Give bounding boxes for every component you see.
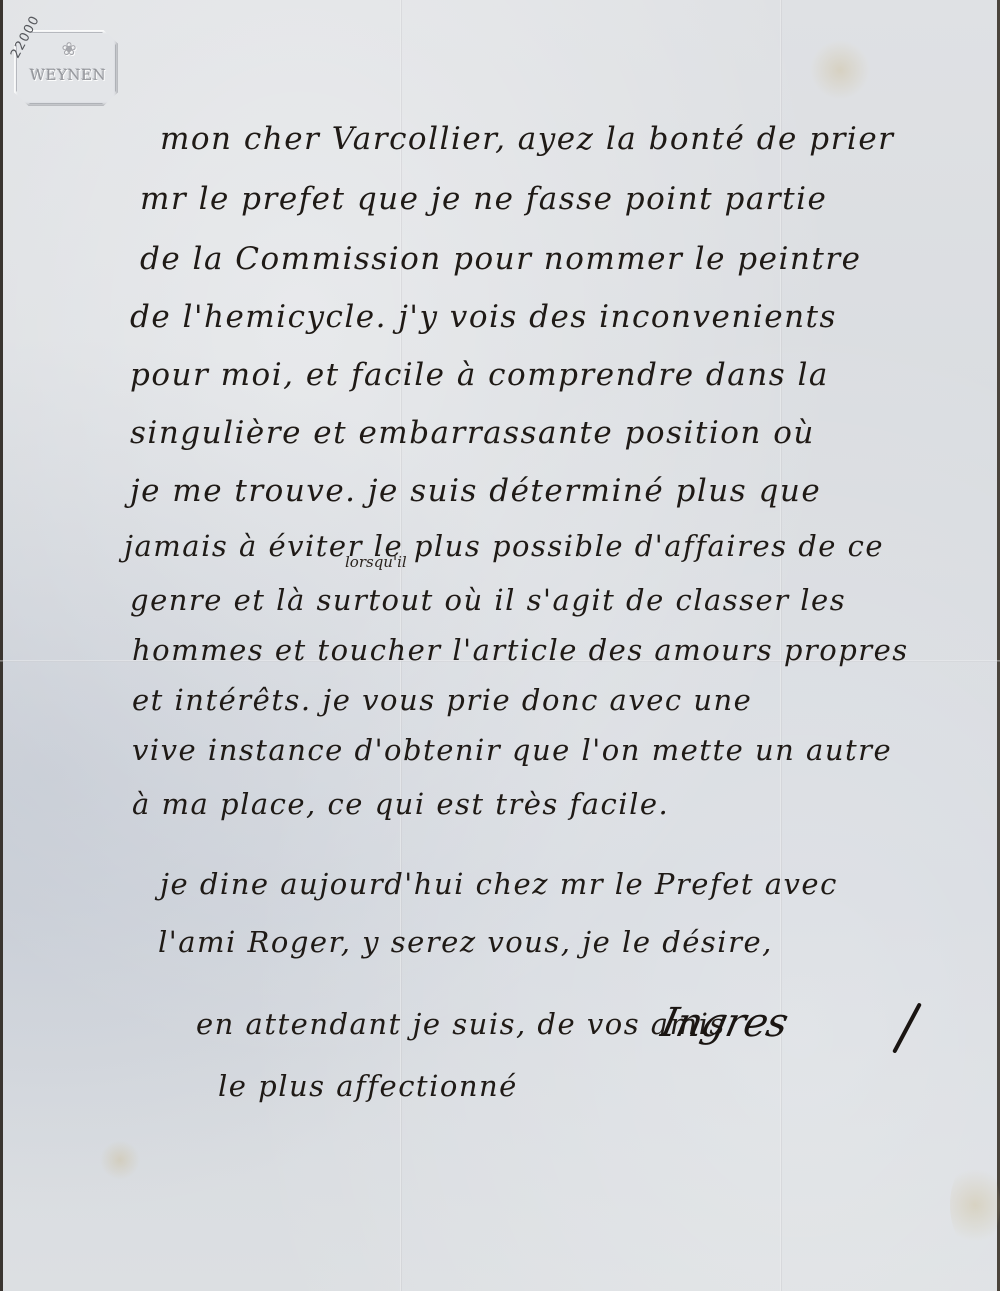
letter-line: je me trouve. je suis déterminé plus que bbox=[130, 473, 821, 509]
letter-line: mon cher Varcollier, ayez la bonté de pr… bbox=[160, 121, 895, 157]
letter-line: et intérêts. je vous prie donc avec une bbox=[132, 683, 752, 717]
letter-line: de la Commission pour nommer le peintre bbox=[140, 241, 862, 277]
letter-sheet: ❀ WEYNEN 22000 mon cher Varcollier, ayez… bbox=[0, 0, 1000, 1291]
letter-body: mon cher Varcollier, ayez la bonté de pr… bbox=[0, 0, 1000, 1291]
signature: Ingres bbox=[657, 1000, 791, 1046]
letter-line: je dine aujourd'hui chez mr le Prefet av… bbox=[160, 867, 838, 901]
letter-line: genre et là surtout où il s'agit de clas… bbox=[130, 583, 846, 617]
interlinear-insertion: lorsqu'il bbox=[345, 553, 407, 571]
letter-closing: le plus affectionné bbox=[218, 1069, 518, 1103]
letter-line: à ma place, ce qui est très facile. bbox=[132, 787, 669, 821]
letter-line: pour moi, et facile à comprendre dans la bbox=[130, 357, 829, 393]
letter-line: jamais à éviter le plus possible d'affai… bbox=[124, 529, 884, 563]
letter-line: en attendant je suis, de vos amis bbox=[196, 1007, 726, 1041]
letter-line: de l'hemicycle. j'y vois des inconvenien… bbox=[130, 299, 837, 335]
letter-line: vive instance d'obtenir que l'on mette u… bbox=[132, 733, 892, 767]
letter-line: l'ami Roger, y serez vous, je le désire, bbox=[158, 925, 773, 959]
letter-line: mr le prefet que je ne fasse point parti… bbox=[140, 181, 827, 217]
letter-line: singulière et embarrassante position où bbox=[130, 415, 815, 451]
letter-line: hommes et toucher l'article des amours p… bbox=[132, 633, 909, 667]
signature-flourish bbox=[892, 1002, 922, 1053]
